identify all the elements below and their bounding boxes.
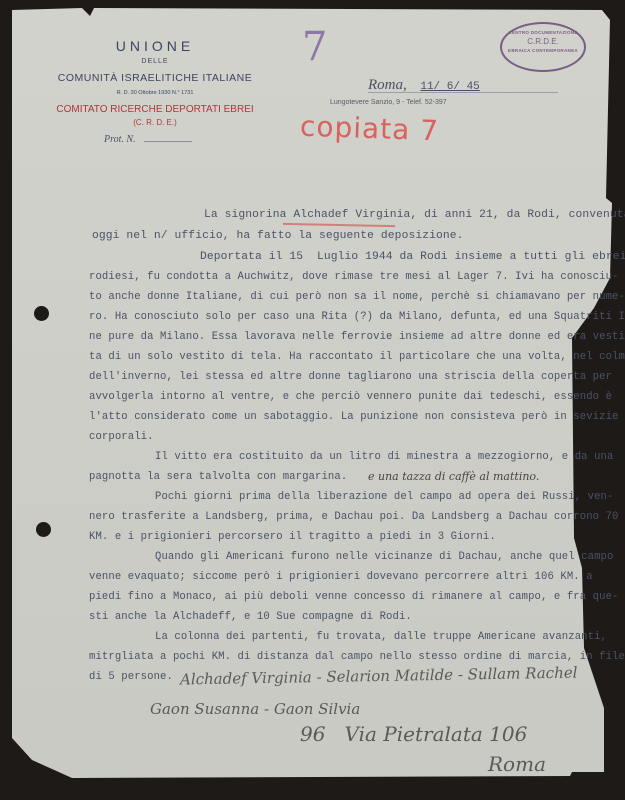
- punch-hole-bottom: [36, 522, 51, 537]
- body-line-17: KM. e i prigionieri percorsero il tragit…: [89, 531, 496, 543]
- letterhead-committee: COMITATO RICERCHE DEPORTATI EBREI: [44, 104, 266, 115]
- body-line-11: l'atto considerato come un sabotaggio. L…: [89, 411, 619, 423]
- body-line-4: rodiesi, fu condotta a Auchwitz, dove ri…: [89, 271, 619, 283]
- body-line-14: pagnotta la sera talvolta con margarina.: [89, 471, 347, 483]
- letterhead-decree: R. D. 30 Ottobre 1930 N.° 1731: [60, 90, 250, 96]
- stamp-bottom-text: EBRAICA CONTEMPORANEA: [502, 48, 584, 53]
- stamp-top-text: CENTRO DOCUMENTAZIONE: [502, 30, 584, 35]
- body-line-16: nero trasferite a Landsberg, prima, e Da…: [89, 511, 619, 523]
- letterhead-delle: DELLE: [60, 58, 250, 65]
- body-line-3: Deportata il 15 Luglio 1944 da Rodi insi…: [200, 251, 625, 263]
- body-line-6: ro. Ha conosciuto solo per caso una Rita…: [89, 311, 625, 323]
- letterhead-comunita: COMUNITÀ ISRAELITICHE ITALIANE: [46, 72, 264, 84]
- prot-number-label: Prot. N.: [104, 134, 192, 145]
- body-line-23: mitrgliata a pochi KM. di distanza dal c…: [89, 651, 625, 663]
- handwritten-names-line-2: Gaon Susanna - Gaon Silvia: [150, 700, 360, 718]
- body-line-12: corporali.: [89, 431, 154, 443]
- body-line-20: piedi fino a Monaco, ai più deboli venne…: [89, 591, 619, 603]
- body-line-7: ne pure da Milano. Essa lavorava nelle f…: [89, 331, 625, 343]
- letterhead-abbrev: (C. R. D. E.): [60, 118, 250, 127]
- body-line-19: venne evaquato; siccome però i prigionie…: [89, 571, 593, 583]
- body-line-5: to anche donne Italiane, di cui però non…: [89, 291, 625, 303]
- body-line-10: avvolgerla intorno al ventre, e che perc…: [89, 391, 612, 403]
- handwritten-copy-note: copiata 7: [299, 110, 439, 148]
- letterhead-unione: UNIONE: [60, 38, 250, 54]
- body-line-15: Pochi giorni prima della liberazione del…: [155, 491, 613, 503]
- letter-date: 11/ 6/ 45: [420, 81, 479, 93]
- body-line-21: sti anche la Alchadeff, e 10 Sue compagn…: [89, 611, 412, 623]
- handwritten-number-mark: 7: [302, 24, 327, 70]
- prot-label-text: Prot. N.: [104, 134, 136, 145]
- handwritten-insert: e una tazza di caffè al mattino.: [368, 470, 539, 483]
- handwritten-address-line-2: Roma: [488, 752, 546, 776]
- prot-number-line: [144, 141, 192, 142]
- stamp-center-text: C.R.D.E.: [502, 37, 584, 46]
- handwritten-address-line-1: 96 Via Pietralata 106: [300, 722, 527, 746]
- office-address: Lungotevere Sanzio, 9 - Telef. 52-397: [330, 99, 447, 106]
- body-line-22: La colonna dei partenti, fu trovata, dal…: [155, 631, 607, 643]
- place-label: Roma,: [368, 77, 407, 93]
- body-line-18: Quando gli Americani furono nelle vicina…: [155, 551, 613, 563]
- body-line-24: di 5 persone.: [89, 671, 173, 683]
- body-line-2: oggi nel n/ ufficio, ha fatto la seguent…: [92, 230, 463, 242]
- body-line-8: ta di un solo vestito di tela. Ha raccon…: [89, 351, 625, 363]
- punch-hole-top: [34, 306, 49, 321]
- archive-stamp: CENTRO DOCUMENTAZIONE C.R.D.E. EBRAICA C…: [500, 22, 586, 72]
- body-line-1: La signorina Alchadef Virginia, di anni …: [204, 209, 625, 221]
- place-date: Roma, 11/ 6/ 45: [368, 76, 558, 93]
- body-line-9: dell'inverno, lei stessa ed altre donne …: [89, 371, 612, 383]
- body-line-13: Il vitto era costituito da un litro di m…: [155, 451, 613, 463]
